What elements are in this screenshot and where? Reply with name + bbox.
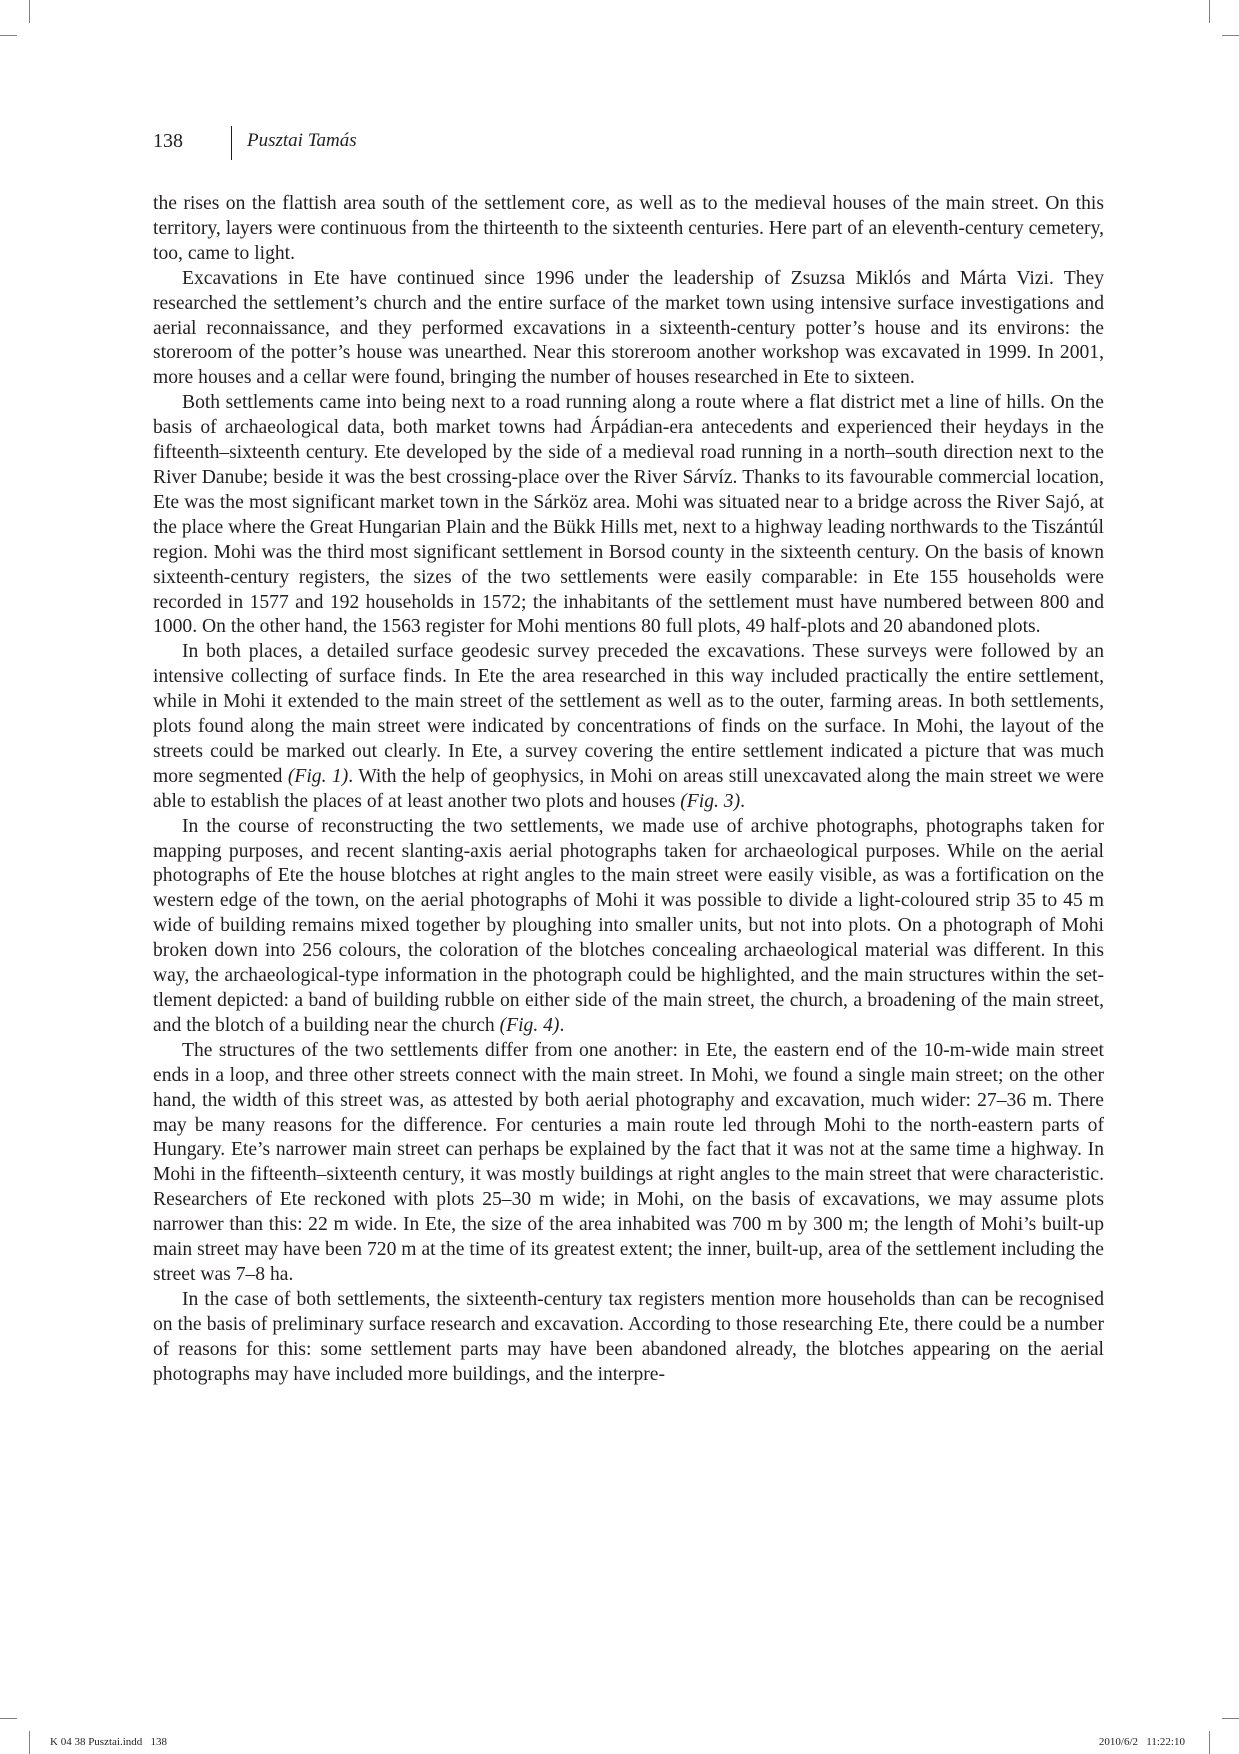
- paragraph: In both places, a detailed surface geode…: [153, 640, 1104, 814]
- paragraph: The structures of the two settlements di…: [153, 1039, 1104, 1288]
- paragraph: In the case of both settlements, the six…: [153, 1288, 1104, 1388]
- crop-mark-bottom-left-vertical: [29, 1731, 30, 1754]
- slug-filename: K 04 38 Pusztai.indd 138: [50, 1736, 167, 1748]
- figure-reference: (Fig. 4): [500, 1015, 560, 1036]
- body-text: the rises on the flattish area south of …: [153, 192, 1104, 1388]
- running-head-author: Pusztai Tamás: [247, 130, 357, 152]
- crop-mark-bottom-left-horizontal: [0, 1718, 17, 1719]
- paragraph-text: In the course of reconstructing the two …: [153, 816, 1104, 1036]
- paragraph-text: .: [740, 791, 745, 812]
- crop-mark-top-left-vertical: [29, 0, 30, 23]
- page-number: 138: [153, 130, 183, 153]
- header-divider: [231, 126, 232, 160]
- page-header: 138 Pusztai Tamás: [153, 126, 553, 162]
- paragraph: In the course of reconstructing the two …: [153, 815, 1104, 1039]
- paragraph-text: .: [559, 1015, 564, 1036]
- figure-reference: (Fig. 3): [680, 791, 740, 812]
- crop-mark-top-right-vertical: [1209, 0, 1210, 23]
- slug-timestamp: 2010/6/2 11:22:10: [1099, 1736, 1185, 1748]
- paragraph: Excavations in Ete have continued since …: [153, 267, 1104, 392]
- crop-mark-top-right-horizontal: [1222, 35, 1239, 36]
- crop-mark-bottom-right-horizontal: [1222, 1718, 1239, 1719]
- paragraph: Both settlements came into being next to…: [153, 391, 1104, 640]
- crop-mark-top-left-horizontal: [0, 35, 17, 36]
- crop-mark-bottom-right-vertical: [1209, 1731, 1210, 1754]
- paragraph: the rises on the flattish area south of …: [153, 192, 1104, 267]
- figure-reference: (Fig. 1): [288, 766, 348, 787]
